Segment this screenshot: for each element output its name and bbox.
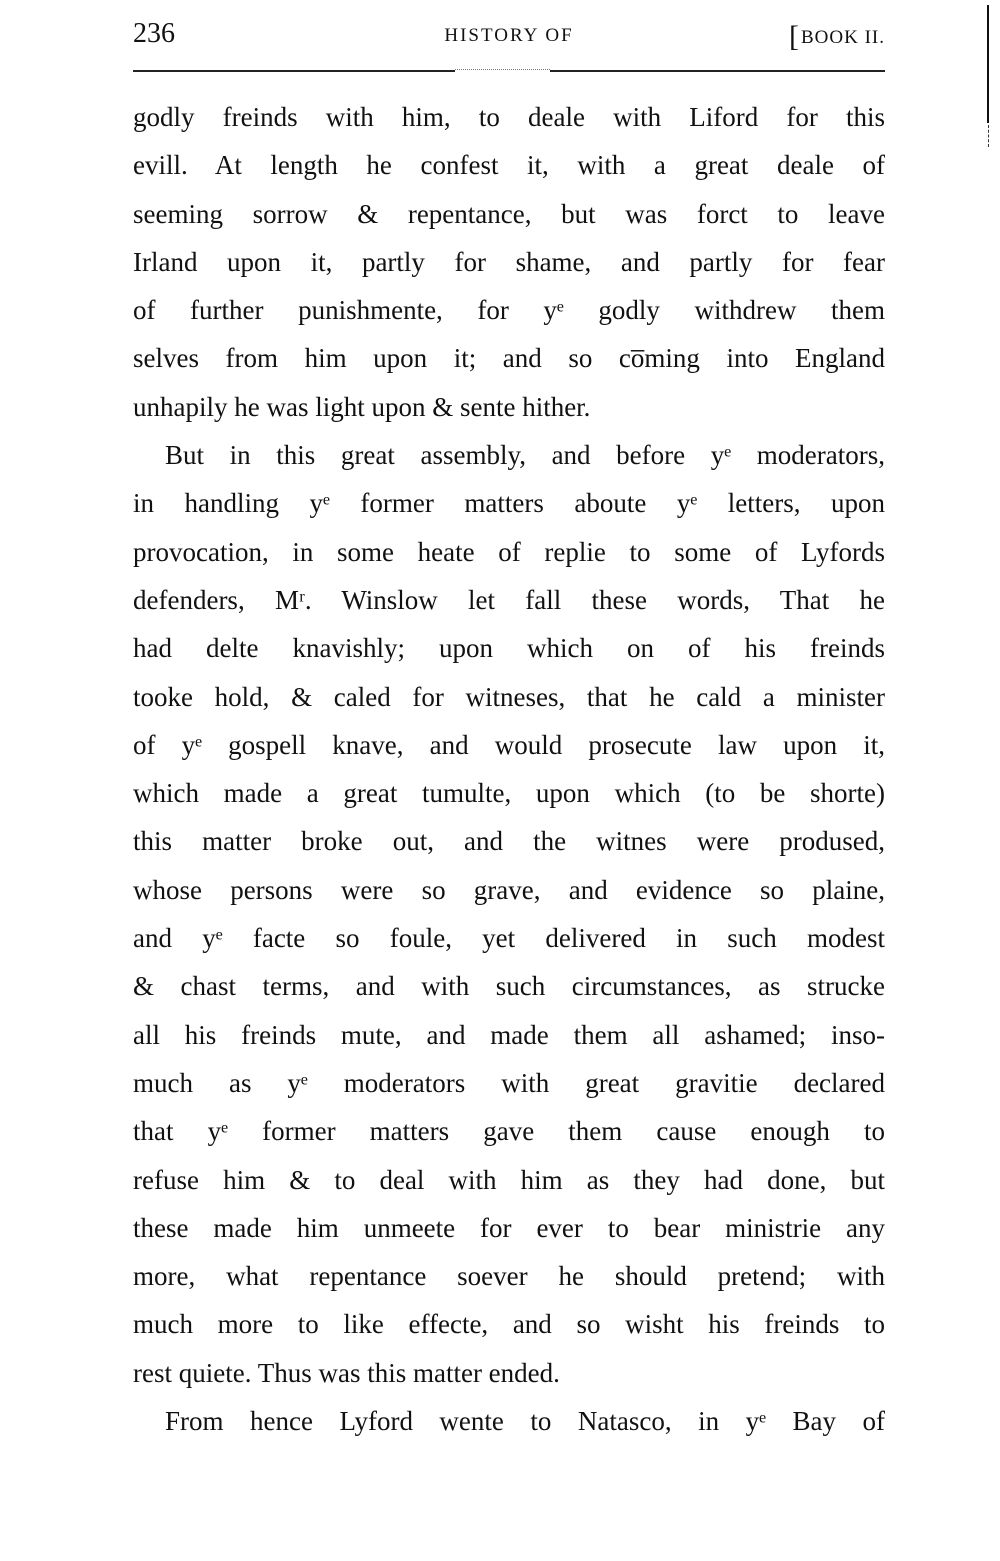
text-line: selves from him upon it; and so co̅ming … <box>133 334 885 382</box>
running-title: HISTORY OF <box>133 18 885 54</box>
text-line: more, what repentance soever he should p… <box>133 1252 885 1300</box>
text-line: of further punishmente, for yᵉ godly wit… <box>133 286 885 334</box>
text-line: this matter broke out, and the witnes we… <box>133 817 885 865</box>
text-line: these made him unmeete for ever to bear … <box>133 1204 885 1252</box>
text-line: evill. At length he confest it, with a g… <box>133 141 885 189</box>
text-line: defenders, Mʳ. Winslow let fall these wo… <box>133 576 885 624</box>
running-head: 236 HISTORY OF [BOOK II. <box>133 16 885 52</box>
text-line: seeming sorrow & repentance, but was for… <box>133 190 885 238</box>
book-label: [BOOK II. <box>789 16 885 56</box>
text-line: Irland upon it, partly for shame, and pa… <box>133 238 885 286</box>
book-number: BOOK II. <box>801 27 885 48</box>
text-line: which made a great tumulte, upon which (… <box>133 769 885 817</box>
text-line: whose persons were so grave, and evidenc… <box>133 866 885 914</box>
text-line: tooke hold, & caled for witneses, that h… <box>133 673 885 721</box>
text-line: that yᵉ former matters gave them cause e… <box>133 1107 885 1155</box>
text-line: all his freinds mute, and made them all … <box>133 1011 885 1059</box>
bracket-glyph: [ <box>789 20 800 53</box>
header-rule-faded-segment <box>455 69 550 74</box>
text-line: much as yᵉ moderators with great graviti… <box>133 1059 885 1107</box>
page-edge-dash <box>988 125 990 147</box>
text-line-paragraph-end: rest quiete. Thus was this matter ended. <box>133 1349 885 1397</box>
text-line: much more to like effecte, and so wisht … <box>133 1300 885 1348</box>
text-line: and yᵉ facte so foule, yet delivered in … <box>133 914 885 962</box>
text-line: & chast terms, and with such circumstanc… <box>133 962 885 1010</box>
body-text: godly freinds with him, to deale with Li… <box>133 93 885 1445</box>
text-line-paragraph-start: But in this great assembly, and before y… <box>133 431 885 479</box>
text-line-paragraph-end: unhapily he was light upon & sente hithe… <box>133 383 885 431</box>
text-line: godly freinds with him, to deale with Li… <box>133 93 885 141</box>
text-line: refuse him & to deal with him as they ha… <box>133 1156 885 1204</box>
text-line: in handling yᵉ former matters aboute yᵉ … <box>133 479 885 527</box>
text-line: had delte knavishly; upon which on of hi… <box>133 624 885 672</box>
page-edge-line <box>987 5 989 123</box>
text-line: of yᵉ gospell knave, and would prosecute… <box>133 721 885 769</box>
text-line: provocation, in some heate of replie to … <box>133 528 885 576</box>
text-line-paragraph-start: From hence Lyford wente to Natasco, in y… <box>133 1397 885 1445</box>
